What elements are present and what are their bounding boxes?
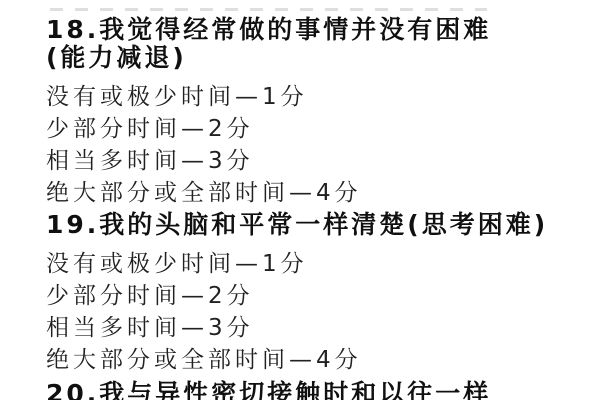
option-line: 少部分时间—2分 [46, 280, 600, 312]
question-19: 19.我的头脑和平常一样清楚(思考困难) 没有或极少时间—1分 少部分时间—2分… [46, 211, 600, 376]
question-title-line: 19.我的头脑和平常一样清楚(思考困难) [46, 211, 600, 239]
question-title-line: 18.我觉得经常做的事情并没有困难 [46, 16, 600, 44]
question-20-title: 20.我与异性密切接触时和以往一样 [46, 380, 600, 400]
option-line: 没有或极少时间—1分 [46, 248, 600, 280]
question-18: 18.我觉得经常做的事情并没有困难 (能力减退) 没有或极少时间—1分 少部分时… [46, 16, 600, 209]
option-line: 少部分时间—2分 [46, 113, 600, 145]
question-19-options: 没有或极少时间—1分 少部分时间—2分 相当多时间—3分 绝大部分或全部时间—4… [46, 248, 600, 376]
question-20: 20.我与异性密切接触时和以往一样 [46, 380, 600, 400]
cropped-text-remnant [50, 8, 487, 11]
question-19-title: 19.我的头脑和平常一样清楚(思考困难) [46, 211, 600, 239]
question-18-options: 没有或极少时间—1分 少部分时间—2分 相当多时间—3分 绝大部分或全部时间—4… [46, 81, 600, 209]
question-title-line: 20.我与异性密切接触时和以往一样 [46, 380, 600, 400]
option-line: 相当多时间—3分 [46, 312, 600, 344]
option-line: 没有或极少时间—1分 [46, 81, 600, 113]
option-line: 绝大部分或全部时间—4分 [46, 344, 600, 376]
question-title-line: (能力减退) [46, 44, 600, 72]
questionnaire-page: 18.我觉得经常做的事情并没有困难 (能力减退) 没有或极少时间—1分 少部分时… [0, 0, 600, 400]
option-line: 绝大部分或全部时间—4分 [46, 177, 600, 209]
question-18-title: 18.我觉得经常做的事情并没有困难 (能力减退) [46, 16, 600, 72]
option-line: 相当多时间—3分 [46, 145, 600, 177]
